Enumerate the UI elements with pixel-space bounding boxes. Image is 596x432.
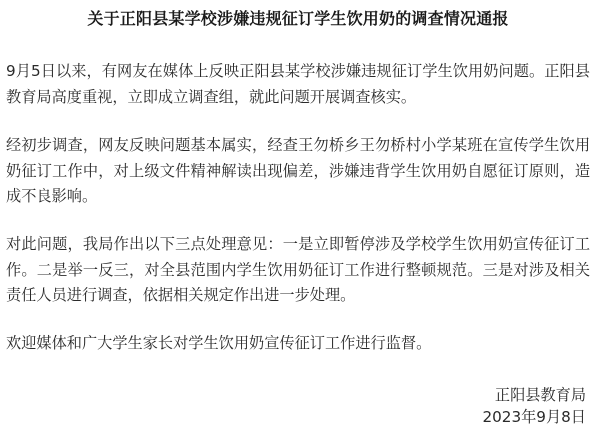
document-title: 关于正阳县某学校涉嫌违规征订学生饮用奶的调查情况通报 [0,6,596,32]
notice-document: 关于正阳县某学校涉嫌违规征订学生饮用奶的调查情况通报 9月5日以来，有网友在媒体… [0,0,596,432]
paragraph-handling-measures: 对此问题，我局作出以下三点处理意见：一是立即暂停涉及学校学生饮用奶宣传征订工作。… [6,232,590,309]
signature-date: 2023年9月8日 [286,405,586,430]
paragraph-investigation-findings: 经初步调查，网友反映问题基本属实，经查王勿桥乡王勿桥村小学某班在宣传学生饮用奶征… [6,133,590,210]
paragraph-report-background: 9月5日以来，有网友在媒体上反映正阳县某学校涉嫌违规征订学生饮用奶问题。正阳县教… [6,59,590,110]
paragraph-supervision-welcome: 欢迎媒体和广大学生家长对学生饮用奶宣传征订工作进行监督。 [6,331,590,357]
